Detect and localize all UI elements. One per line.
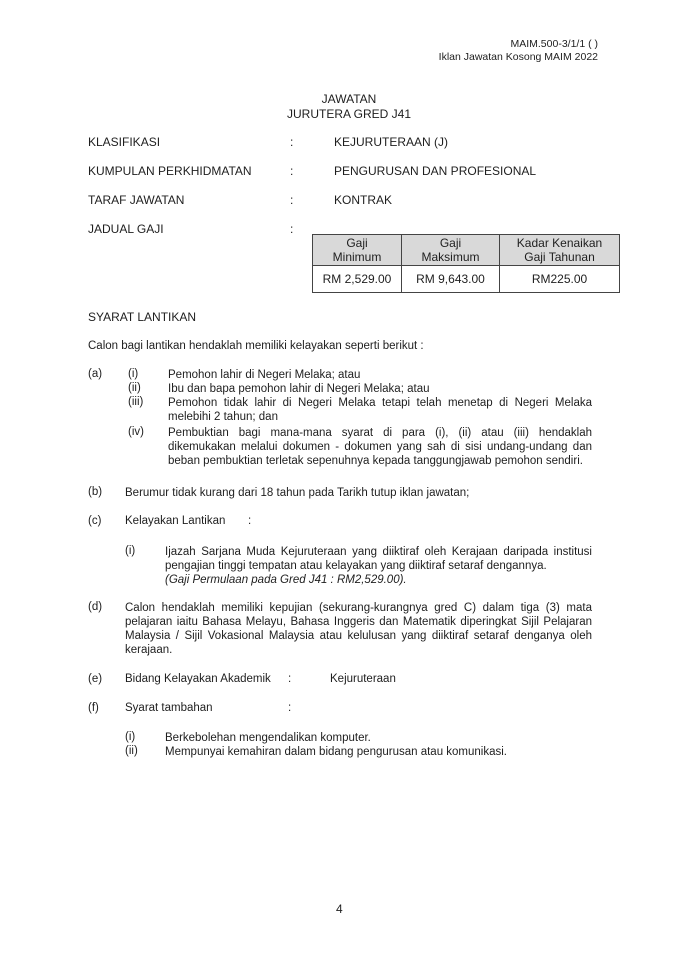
salary-table: GajiMinimum GajiMaksimum Kadar KenaikanG… (312, 234, 620, 293)
condition-marker: (b) (88, 486, 102, 498)
header-min-salary: GajiMinimum (313, 235, 402, 266)
field-colon: : (290, 193, 293, 207)
field-value: KONTRAK (334, 193, 392, 207)
header-annual-increment: Kadar KenaikanGaji Tahunan (500, 235, 620, 266)
page-number: 4 (336, 902, 343, 916)
condition-marker: (c) (88, 515, 101, 527)
item-text: Ibu dan bapa pemohon lahir di Negeri Mel… (168, 382, 588, 396)
condition-label: Syarat tambahan (125, 702, 213, 714)
condition-label: Kelayakan Lantikan (125, 515, 225, 527)
item-text: Pemohon tidak lahir di Negeri Melaka tet… (168, 396, 592, 424)
item-marker: (i) (125, 545, 135, 557)
item-marker: (iv) (128, 426, 144, 438)
starting-salary-note: (Gaji Permulaan pada Gred J41 : RM2,529.… (165, 573, 592, 587)
condition-text: Calon hendaklah memiliki kepujian (sekur… (125, 601, 592, 657)
item-marker: (i) (125, 731, 135, 743)
condition-marker: (a) (88, 368, 102, 380)
condition-marker: (f) (88, 702, 99, 714)
item-text: Pembuktian bagi mana-mana syarat di para… (168, 426, 592, 468)
field-label: KUMPULAN PERKHIDMATAN (88, 164, 252, 178)
annual-increment-value: RM225.00 (500, 266, 620, 293)
field-label: KLASIFIKASI (88, 135, 160, 149)
item-marker: (iii) (128, 396, 143, 408)
condition-colon: : (288, 673, 291, 685)
min-salary-value: RM 2,529.00 (313, 266, 402, 293)
item-marker: (ii) (128, 382, 141, 394)
condition-value: Kejuruteraan (330, 673, 396, 685)
condition-text: Berumur tidak kurang dari 18 tahun pada … (125, 486, 595, 500)
field-label: JADUAL GAJI (88, 222, 164, 236)
field-colon: : (290, 222, 293, 236)
condition-colon: : (248, 515, 251, 527)
field-value: KEJURUTERAAN (J) (334, 135, 448, 149)
table-row: RM 2,529.00 RM 9,643.00 RM225.00 (313, 266, 620, 293)
reference-number: MAIM.500-3/1/1 ( ) (510, 38, 598, 51)
salary-table-header: GajiMinimum GajiMaksimum Kadar KenaikanG… (313, 235, 620, 266)
item-text: Ijazah Sarjana Muda Kejuruteraan yang di… (165, 545, 592, 573)
title-line-2: JURUTERA GRED J41 (0, 107, 678, 122)
item-text: Mempunyai kemahiran dalam bidang penguru… (165, 745, 592, 759)
field-colon: : (290, 164, 293, 178)
condition-marker: (d) (88, 601, 102, 613)
header-max-salary: GajiMaksimum (402, 235, 500, 266)
item-marker: (i) (128, 368, 138, 380)
intro-text: Calon bagi lantikan hendaklah memiliki k… (88, 339, 424, 353)
condition-label: Bidang Kelayakan Akademik (125, 673, 271, 685)
max-salary-value: RM 9,643.00 (402, 266, 500, 293)
ad-title: Iklan Jawatan Kosong MAIM 2022 (439, 51, 598, 64)
condition-marker: (e) (88, 673, 102, 685)
title-line-1: JAWATAN (0, 92, 678, 107)
field-colon: : (290, 135, 293, 149)
item-text: Berkebolehan mengendalikan komputer. (165, 731, 592, 745)
item-text: Pemohon lahir di Negeri Melaka; atau (168, 368, 588, 382)
condition-colon: : (288, 702, 291, 714)
field-value: PENGURUSAN DAN PROFESIONAL (334, 164, 536, 178)
item-marker: (ii) (125, 745, 138, 757)
field-label: TARAF JAWATAN (88, 193, 184, 207)
section-heading: SYARAT LANTIKAN (88, 310, 196, 324)
